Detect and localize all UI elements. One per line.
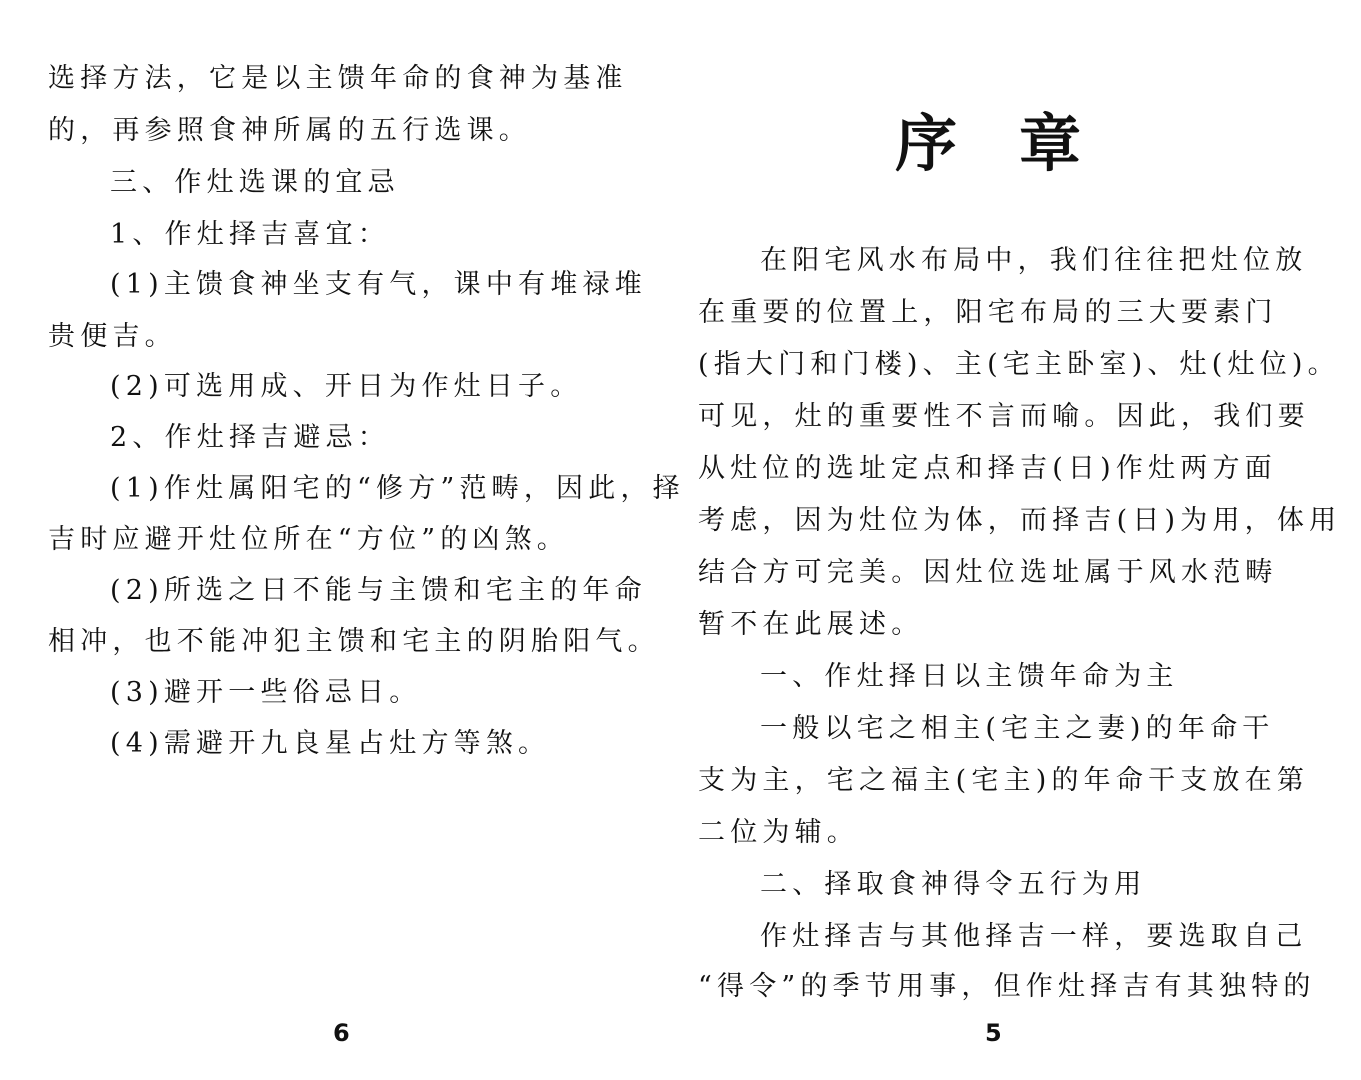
text-line: 可见，灶的重要性不言而喻。因此，我们要 xyxy=(698,400,1310,434)
text-line: 吉时应避开灶位所在“方位”的凶煞。 xyxy=(48,523,569,557)
text-line: 结合方可完美。因灶位选址属于风水范畴 xyxy=(698,556,1278,590)
subsection-heading: 1、作灶择吉喜宜： xyxy=(110,218,390,252)
right-page: 序章 在阳宅风水布局中，我们往往把灶位放 在重要的位置上，阳宅布局的三大要素门 … xyxy=(680,0,1361,1080)
text-line: (2)可选用成、开日为作灶日子。 xyxy=(110,370,582,404)
text-line: 作灶择吉与其他择吉一样，要选取自己 xyxy=(760,920,1307,954)
text-line: (4)需避开九良星占灶方等煞。 xyxy=(110,727,550,761)
text-line: 在重要的位置上，阳宅布局的三大要素门 xyxy=(698,296,1278,330)
text-line: 的，再参照食神所属的五行选课。 xyxy=(48,114,531,148)
text-line: (1)作灶属阳宅的“修方”范畴，因此，择 xyxy=(110,472,685,506)
text-line: (3)避开一些俗忌日。 xyxy=(110,676,421,710)
section-heading: 一、作灶择日以主馈年命为主 xyxy=(760,660,1179,694)
text-line: (2)所选之日不能与主馈和宅主的年命 xyxy=(110,574,647,608)
text-line: 贵便吉。 xyxy=(48,320,177,354)
subsection-heading: 2、作灶择吉避忌： xyxy=(110,421,390,455)
text-line: “得令”的季节用事，但作灶择吉有其独特的 xyxy=(698,970,1316,1004)
text-line: 暂不在此展述。 xyxy=(698,608,923,642)
text-line: 在阳宅风水布局中，我们往往把灶位放 xyxy=(760,244,1307,278)
left-page: 选择方法，它是以主馈年命的食神为基准 的，再参照食神所属的五行选课。 三、作灶选… xyxy=(0,0,680,1080)
text-line: (指大门和门楼)、主(宅主卧室)、灶(灶位)。 xyxy=(698,348,1340,382)
chapter-title-char: 章 xyxy=(1019,107,1081,180)
page-number: 6 xyxy=(333,1018,350,1048)
chapter-title: 序章 xyxy=(895,106,1081,182)
text-line: 一般以宅之相主(宅主之妻)的年命干 xyxy=(760,712,1274,746)
text-line: 从灶位的选址定点和择吉(日)作灶两方面 xyxy=(698,452,1277,486)
text-line: 考虑，因为灶位为体，而择吉(日)为用，体用 xyxy=(698,504,1341,538)
section-heading: 二、择取食神得令五行为用 xyxy=(760,868,1146,902)
text-line: 二位为辅。 xyxy=(698,816,859,850)
text-line: (1)主馈食神坐支有气，课中有堆禄堆 xyxy=(110,268,647,302)
chapter-title-char: 序 xyxy=(895,107,957,180)
page-number: 5 xyxy=(985,1018,1002,1048)
text-line: 选择方法，它是以主馈年命的食神为基准 xyxy=(48,62,628,96)
text-line: 相冲，也不能冲犯主馈和宅主的阴胎阳气。 xyxy=(48,625,660,659)
section-heading: 三、作灶选课的宜忌 xyxy=(110,166,400,200)
text-line: 支为主，宅之福主(宅主)的年命干支放在第 xyxy=(698,764,1309,798)
